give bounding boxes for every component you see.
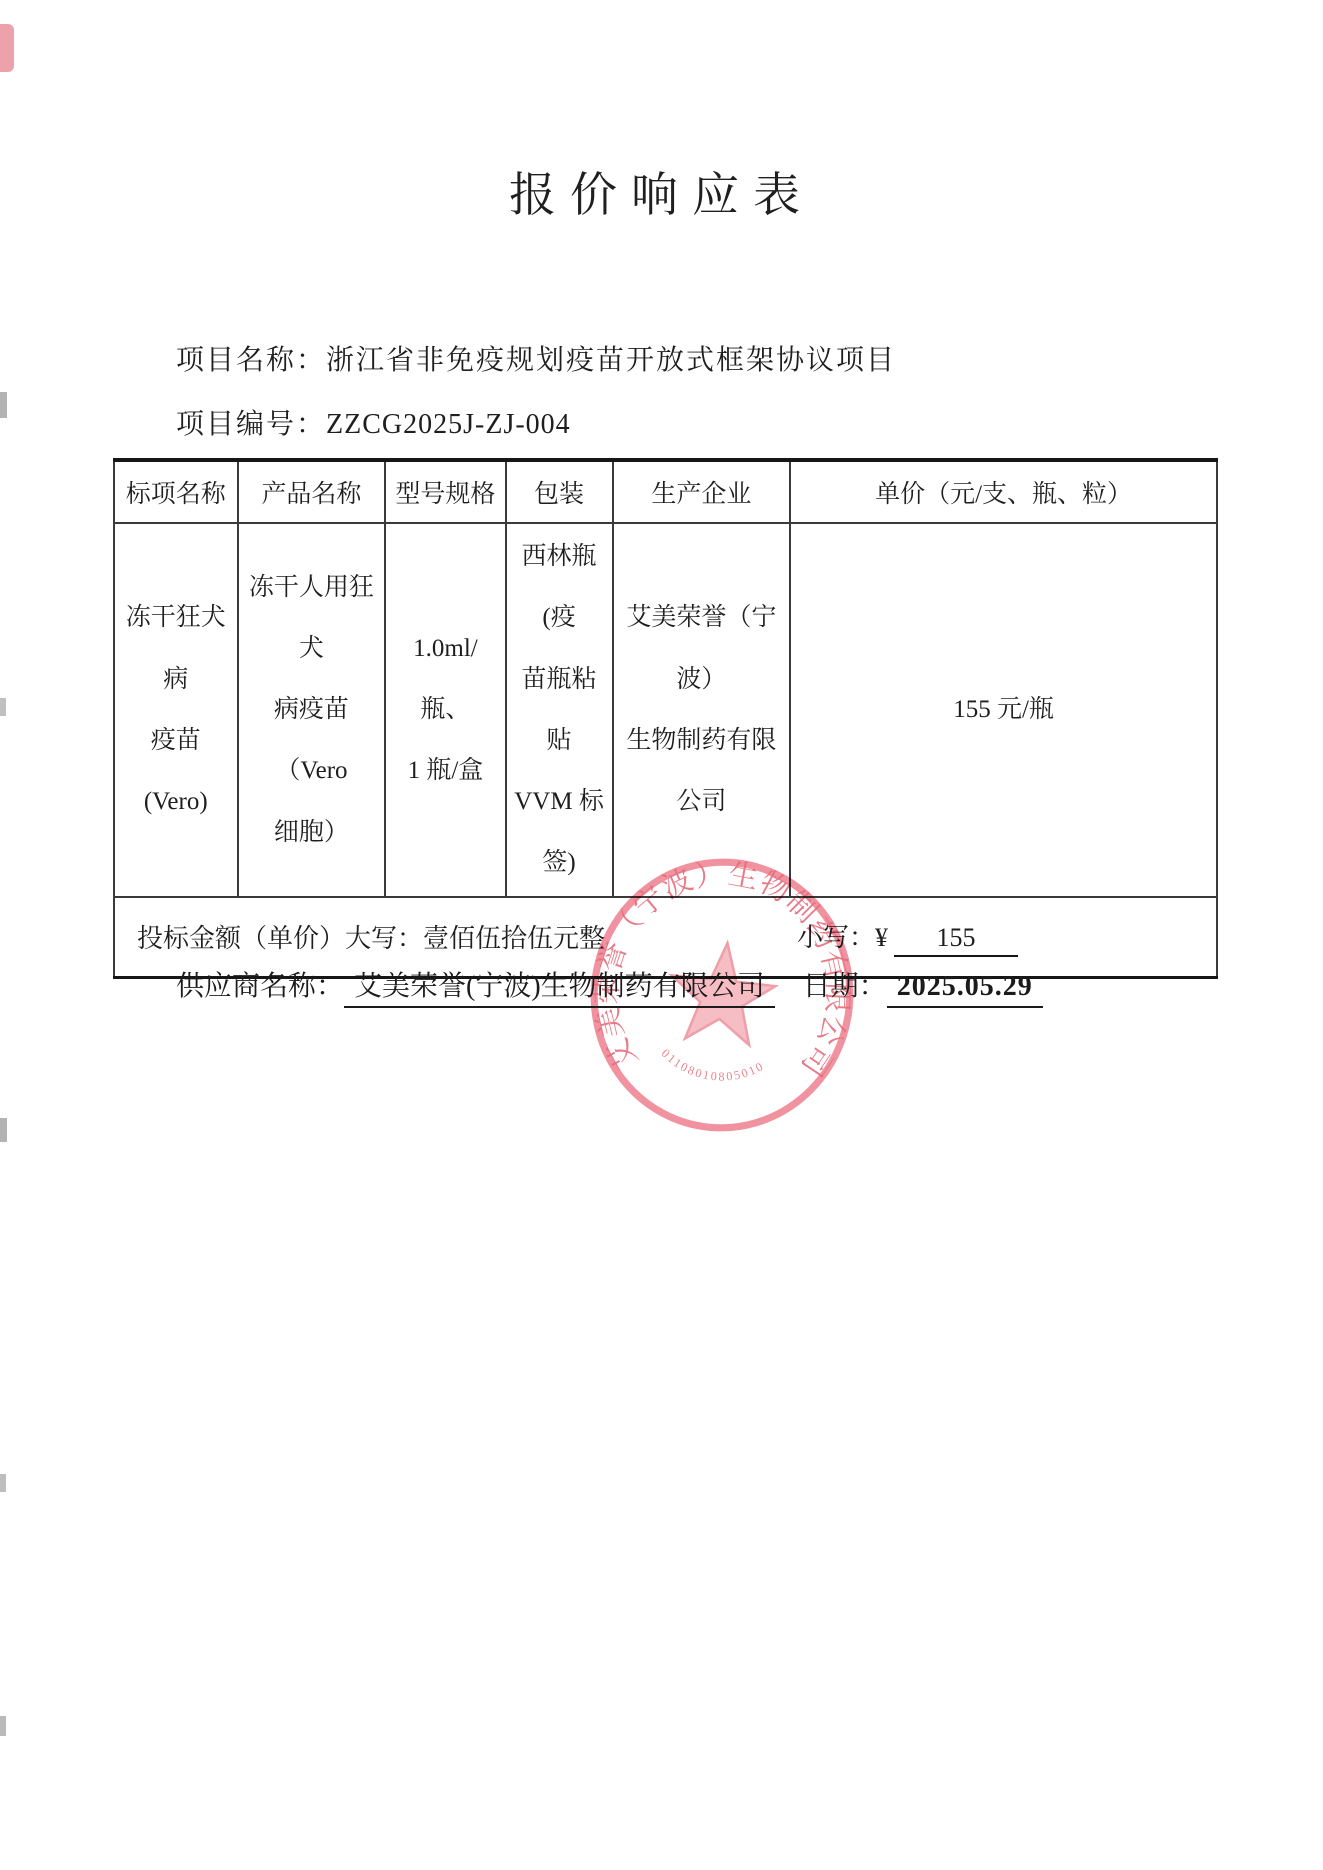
project-code-label: 项目编号： [176, 409, 326, 440]
cell-packaging: 西林瓶(疫 苗瓶粘贴 VVM 标签) [506, 523, 613, 897]
cell-manufacturer: 艾美荣誉（宁波） 生物制药有限公司 [613, 523, 791, 897]
table-header-row: 标项名称 产品名称 型号规格 包装 生产企业 单价（元/支、瓶、粒） [114, 460, 1217, 523]
amount-figures-value: 155 [894, 923, 1018, 957]
amount-words-value: 壹佰伍拾伍元整 [423, 924, 605, 953]
project-name-value: 浙江省非免疫规划疫苗开放式框架协议项目 [326, 345, 896, 376]
project-code-line: 项目编号：ZZCG2025J-ZJ-004 [176, 402, 571, 442]
scan-artifact [0, 698, 6, 716]
date-label: 日期： [803, 971, 887, 1002]
date-value: 2025.05.29 [887, 971, 1043, 1008]
scan-artifact [0, 1118, 7, 1142]
document-title: 报价响应表 [0, 158, 1323, 225]
scan-artifact-red [0, 24, 14, 72]
supplier-name-value: 艾美荣誉(宁波)生物制药有限公司 [344, 971, 775, 1008]
header-unit-price: 单价（元/支、瓶、粒） [790, 460, 1217, 523]
scan-artifact [0, 1474, 6, 1492]
header-packaging: 包装 [506, 460, 613, 523]
scan-artifact [0, 1716, 6, 1736]
stamp-serial-text: 01108010805010 [657, 1045, 769, 1088]
amount-words-label: 投标金额（单价）大写： [137, 924, 423, 953]
quotation-table: 标项名称 产品名称 型号规格 包装 生产企业 单价（元/支、瓶、粒） 冻干狂犬病… [113, 458, 1218, 979]
amount-figures-line: 小写：¥155 [797, 917, 1018, 957]
scan-artifact [0, 392, 7, 418]
quotation-document-page: 报价响应表 项目名称：浙江省非免疫规划疫苗开放式框架协议项目 项目编号：ZZCG… [0, 0, 1323, 1870]
header-spec: 型号规格 [385, 460, 505, 523]
header-manufacturer: 生产企业 [613, 460, 791, 523]
amount-words-line: 投标金额（单价）大写：壹佰伍拾伍元整 [137, 924, 605, 953]
header-bid-item: 标项名称 [114, 460, 238, 523]
supplier-label: 供应商名称： [176, 971, 344, 1002]
cell-bid-item: 冻干狂犬病 疫苗(Vero) [114, 523, 238, 897]
supplier-date-line: 供应商名称：艾美荣誉(宁波)生物制药有限公司日期：2025.05.29 [176, 964, 1043, 1004]
cell-product: 冻干人用狂犬 病疫苗（Vero 细胞） [238, 523, 386, 897]
project-code-value: ZZCG2025J-ZJ-004 [326, 409, 571, 440]
cell-spec: 1.0ml/瓶、 1 瓶/盒 [385, 523, 505, 897]
header-product: 产品名称 [238, 460, 386, 523]
cell-unit-price: 155 元/瓶 [790, 523, 1217, 897]
table-data-row: 冻干狂犬病 疫苗(Vero) 冻干人用狂犬 病疫苗（Vero 细胞） 1.0ml… [114, 523, 1217, 897]
project-name-line: 项目名称：浙江省非免疫规划疫苗开放式框架协议项目 [176, 338, 896, 378]
project-name-label: 项目名称： [176, 345, 326, 376]
amount-figures-label: 小写：¥ [797, 923, 888, 952]
